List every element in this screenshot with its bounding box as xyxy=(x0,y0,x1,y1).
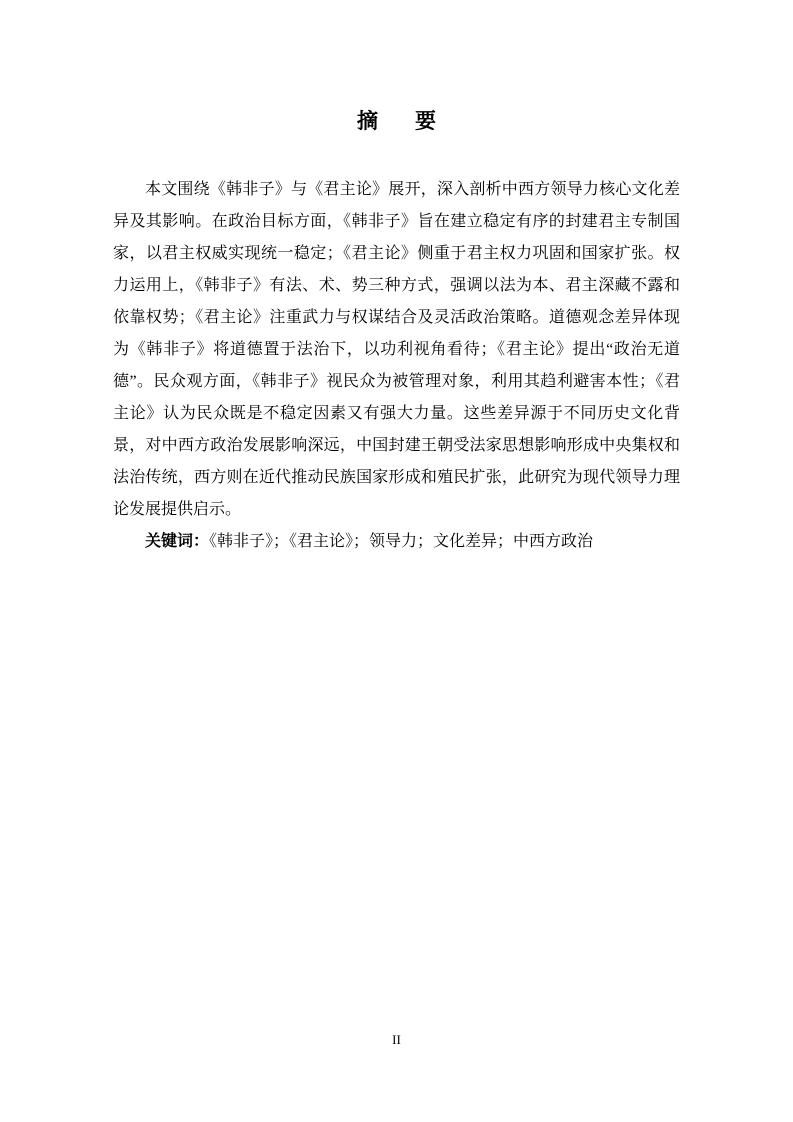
abstract-content: 本文围绕《韩非子》与《君主论》展开，深入剖析中西方领导力核心文化差异及其影响。在… xyxy=(113,174,680,558)
abstract-paragraph: 本文围绕《韩非子》与《君主论》展开，深入剖析中西方领导力核心文化差异及其影响。在… xyxy=(113,174,680,526)
keywords-line: 关键词：《韩非子》；《君主论》；领导力；文化差异；中西方政治 xyxy=(113,526,680,558)
abstract-title: 摘 要 xyxy=(0,108,793,134)
document-page: 摘 要 本文围绕《韩非子》与《君主论》展开，深入剖析中西方领导力核心文化差异及其… xyxy=(0,0,793,1122)
keywords-label: 关键词： xyxy=(145,533,209,550)
keywords-text: 《韩非子》；《君主论》；领导力；文化差异；中西方政治 xyxy=(209,533,593,550)
page-number: II xyxy=(0,1033,793,1047)
